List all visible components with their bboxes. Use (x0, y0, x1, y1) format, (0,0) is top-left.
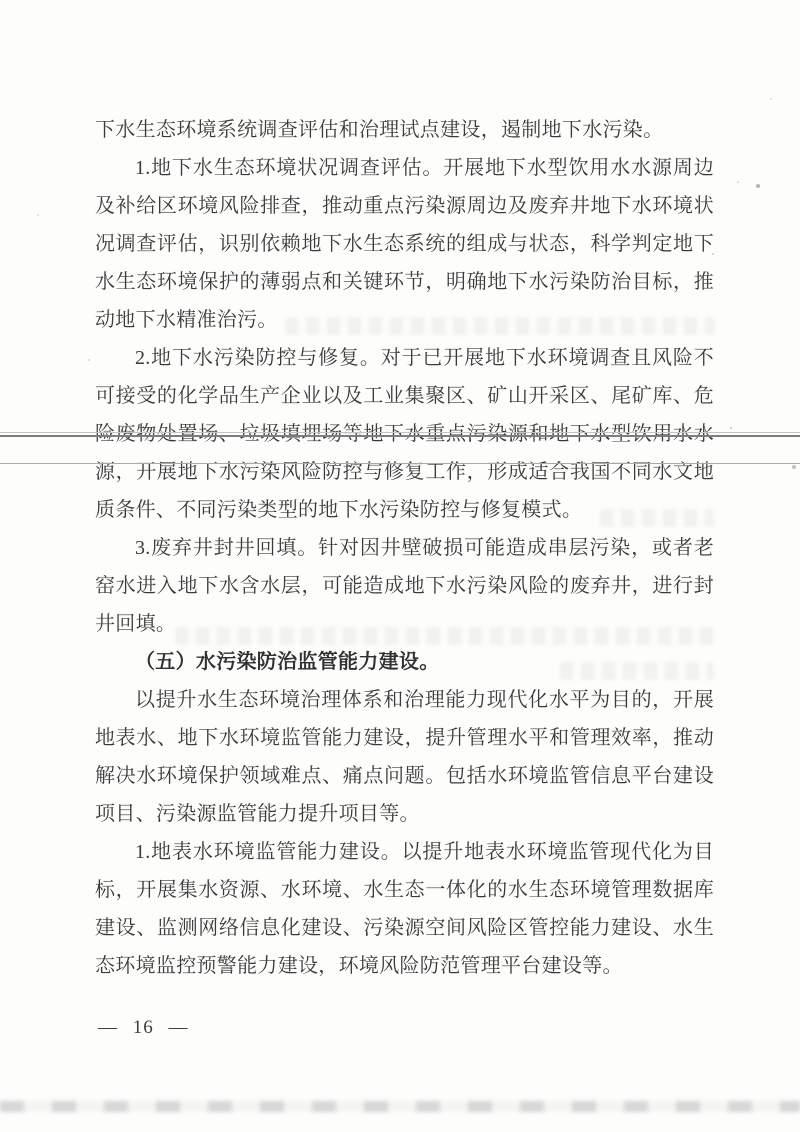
paragraph-item-3: 3.废弃井封井回填。针对因井壁破损可能造成串层污染，或者老窑水进入地下水含水层，… (95, 529, 714, 643)
page-number: — 16 — (98, 1014, 189, 1042)
paragraph-item-4: 1.地表水环境监管能力建设。以提升地表水环境监管现代化为目标，开展集水资源、水环… (95, 833, 714, 985)
bleed-through-smudge (560, 662, 714, 680)
paragraph-item-1: 1.地下水生态环境状况调查评估。开展地下水型饮用水水源周边及补给区环境风险排查，… (95, 149, 714, 339)
document-body: 下水生态环境系统调查评估和治理试点建设，遏制地下水污染。 1.地下水生态环境状况… (95, 111, 714, 985)
bleed-through-smudge (600, 509, 714, 527)
scan-crease-line-bottom (0, 463, 800, 464)
scanned-document-page: 下水生态环境系统调查评估和治理试点建设，遏制地下水污染。 1.地下水生态环境状况… (0, 0, 800, 1132)
scan-crease-line-top-dark (0, 435, 800, 437)
paragraph-intro: 以提升水生态环境治理体系和治理能力现代化水平为目的，开展地表水、地下水环境监管能… (95, 681, 714, 833)
paper-bottom-edge-shadow (0, 1101, 800, 1112)
scan-noise-specks (0, 0, 2, 2)
paragraph-continuation: 下水生态环境系统调查评估和治理试点建设，遏制地下水污染。 (95, 111, 714, 149)
paragraph-item-2: 2.地下水污染防控与修复。对于已开展地下水环境调查且风险不可接受的化学品生产企业… (95, 339, 714, 529)
bleed-through-smudge (285, 317, 715, 335)
scan-crease-line-top-light (0, 432, 800, 433)
bleed-through-smudge (175, 627, 715, 645)
